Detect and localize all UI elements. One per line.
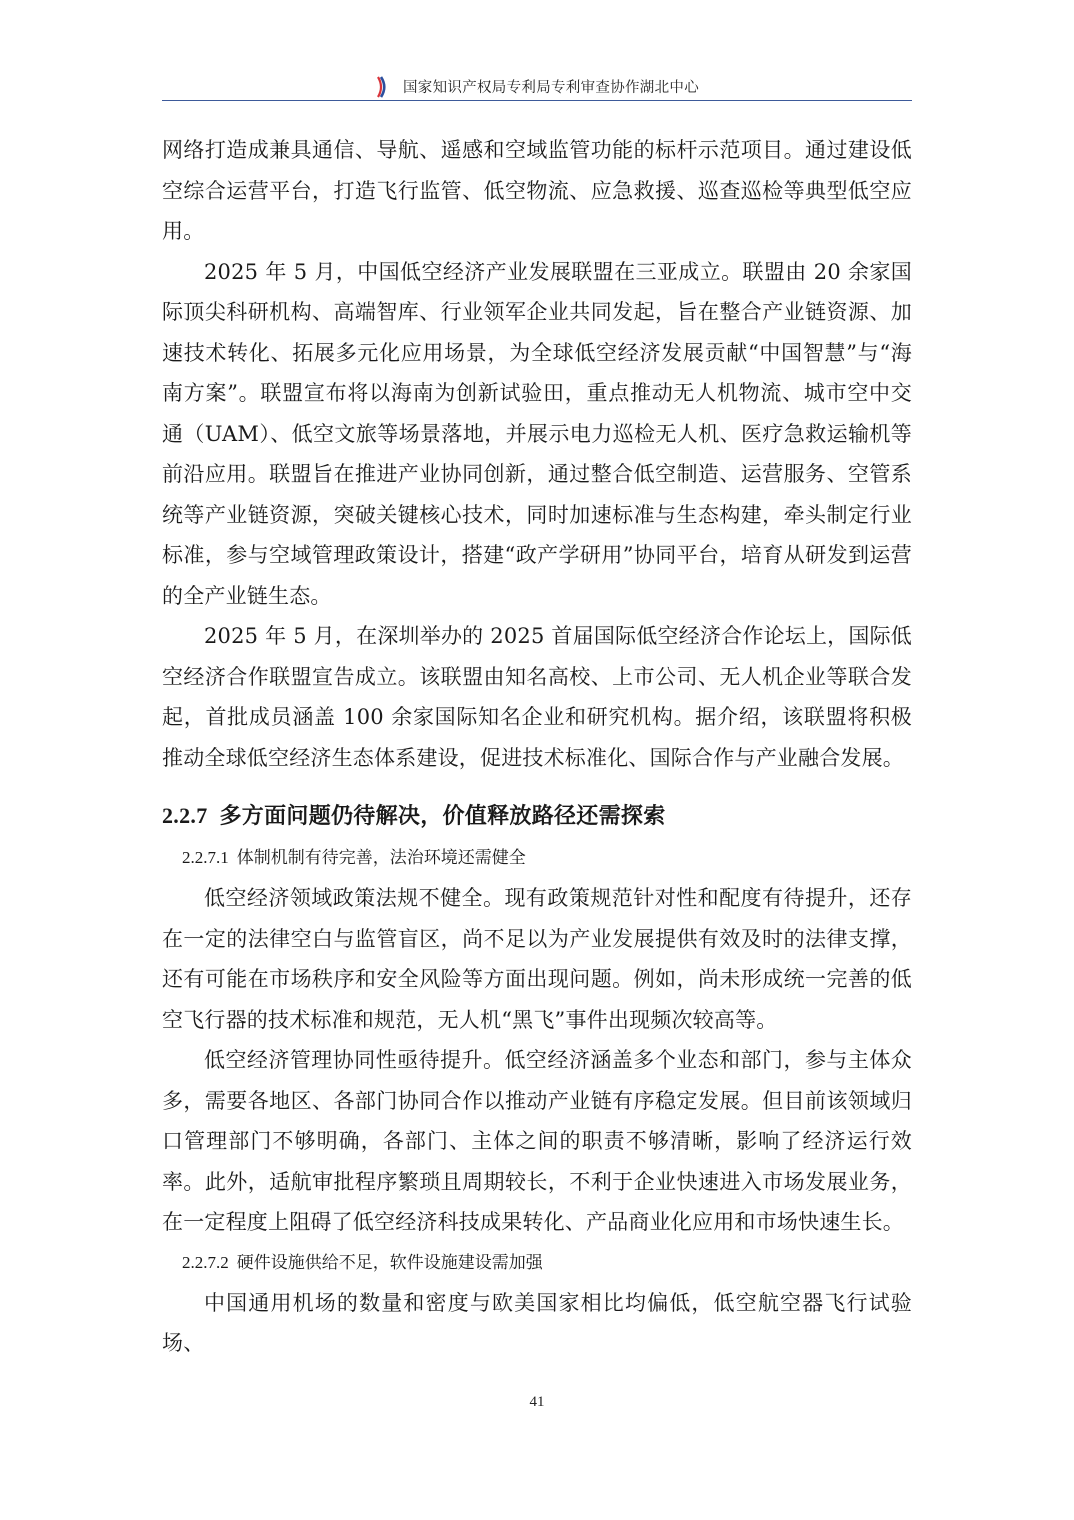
section-heading-2-2-7: 2.2.7多方面问题仍待解决，价值释放路径还需探索 [162,794,912,838]
paragraph-intro: 网络打造成兼具通信、导航、遥感和空域监管功能的标杆示范项目。通过建设低空综合运营… [162,130,912,252]
subsection-heading-2-2-7-1: 2.2.7.1体制机制有待完善，法治环境还需健全 [182,838,912,878]
paragraph-sanya-alliance: 2025 年 5 月，中国低空经济产业发展联盟在三亚成立。联盟由 20 余家国际… [162,252,912,617]
section-title: 多方面问题仍待解决，价值释放路径还需探索 [220,804,666,829]
paragraph-management-coordination: 低空经济管理协同性亟待提升。低空经济涵盖多个业态和部门，参与主体众多，需要各地区… [162,1040,912,1243]
subsection-title: 体制机制有待完善，法治环境还需健全 [237,848,526,868]
section-number: 2.2.7 [162,803,208,828]
paragraph-infrastructure: 中国通用机场的数量和密度与欧美国家相比均偏低，低空航空器飞行试验场、 [162,1283,912,1364]
page-content: 网络打造成兼具通信、导航、遥感和空域监管功能的标杆示范项目。通过建设低空综合运营… [162,130,912,1364]
subsection-number: 2.2.7.2 [182,1253,229,1272]
page-number: 41 [0,1394,1074,1411]
page-header: 国家知识产权局专利局专利审查协作湖北中心 [162,72,912,101]
header-title: 国家知识产权局专利局专利审查协作湖北中心 [403,76,699,97]
subsection-heading-2-2-7-2: 2.2.7.2硬件设施供给不足，软件设施建设需加强 [182,1243,912,1283]
subsection-number: 2.2.7.1 [182,848,229,867]
subsection-title: 硬件设施供给不足，软件设施建设需加强 [237,1253,543,1273]
paragraph-shenzhen-alliance: 2025 年 5 月，在深圳举办的 2025 首届国际低空经济合作论坛上，国际低… [162,616,912,778]
paragraph-policy-regulation: 低空经济领域政策法规不健全。现有政策规范针对性和配度有待提升，还存在一定的法律空… [162,878,912,1040]
parenthesis-logo-icon [375,76,389,98]
